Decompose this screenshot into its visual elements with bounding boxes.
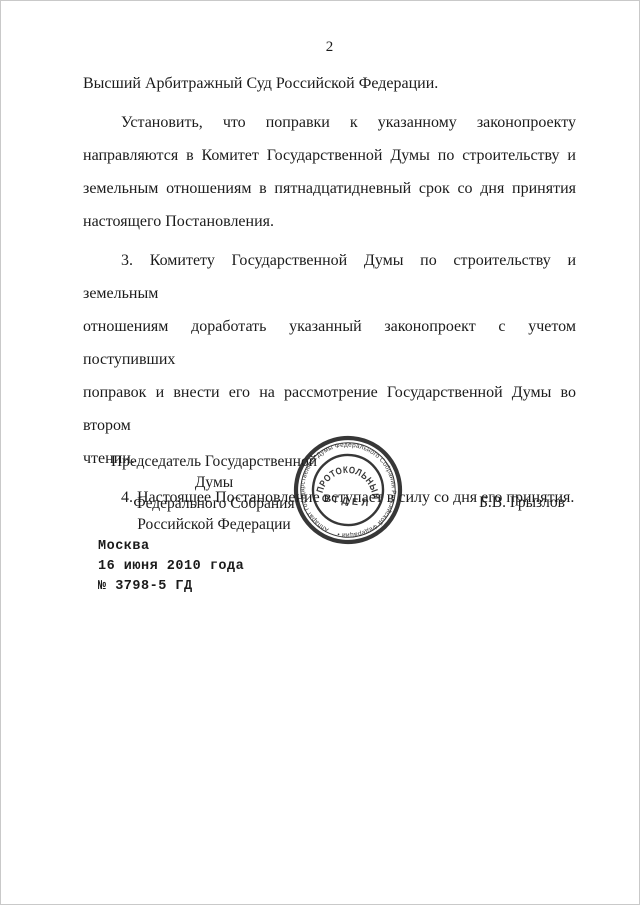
stamp-center-text: ОТДЕЛ <box>321 493 372 509</box>
paragraph: Высший Арбитражный Суд Российской Федера… <box>83 67 576 100</box>
issue-city: Москва <box>98 537 244 557</box>
body-line: 3. Комитету Государственной Думы по стро… <box>83 244 576 310</box>
body-line: Установить, что поправки к указанному за… <box>83 106 576 139</box>
paragraph: Установить, что поправки к указанному за… <box>83 106 576 238</box>
issue-details: Москва 16 июня 2010 года № 3798-5 ГД <box>98 537 244 597</box>
body-line: земельным отношениям в пятнадцатидневный… <box>83 172 576 205</box>
stamp-graphic: Аппарат Государственной Думы Федеральног… <box>278 420 418 560</box>
body-line: отношениям доработать указанный законопр… <box>83 310 576 376</box>
protocol-department-stamp: Аппарат Государственной Думы Федеральног… <box>278 420 418 560</box>
body-line: Высший Арбитражный Суд Российской Федера… <box>83 67 576 100</box>
issue-date: 16 июня 2010 года <box>98 557 244 577</box>
body-line: настоящего Постановления. <box>83 205 576 238</box>
body-line: направляются в Комитет Государственной Д… <box>83 139 576 172</box>
document-page: 2 Высший Арбитражный Суд Российской Феде… <box>0 0 640 905</box>
page-number: 2 <box>83 39 576 56</box>
signer-name: Б.В. Грызлов <box>479 494 565 512</box>
issue-number: № 3798-5 ГД <box>98 577 244 597</box>
stamp-outer-ring <box>291 433 405 547</box>
